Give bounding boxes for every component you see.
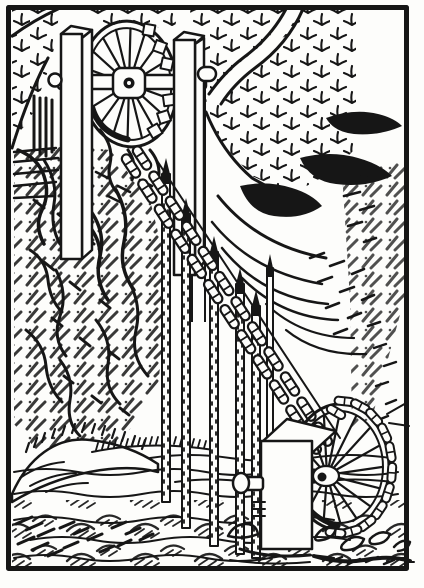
right-axle-peg bbox=[198, 67, 216, 81]
woodcut-page: Chain-pump waterwheels woodcut print Bla… bbox=[0, 0, 424, 588]
left-axle-peg bbox=[49, 74, 62, 87]
axle-knob bbox=[233, 473, 249, 493]
housing-front-face bbox=[261, 441, 312, 549]
woodcut-illustration: Chain-pump waterwheels woodcut print Bla… bbox=[0, 0, 424, 588]
grass-patch-above-wheel bbox=[90, 9, 178, 28]
